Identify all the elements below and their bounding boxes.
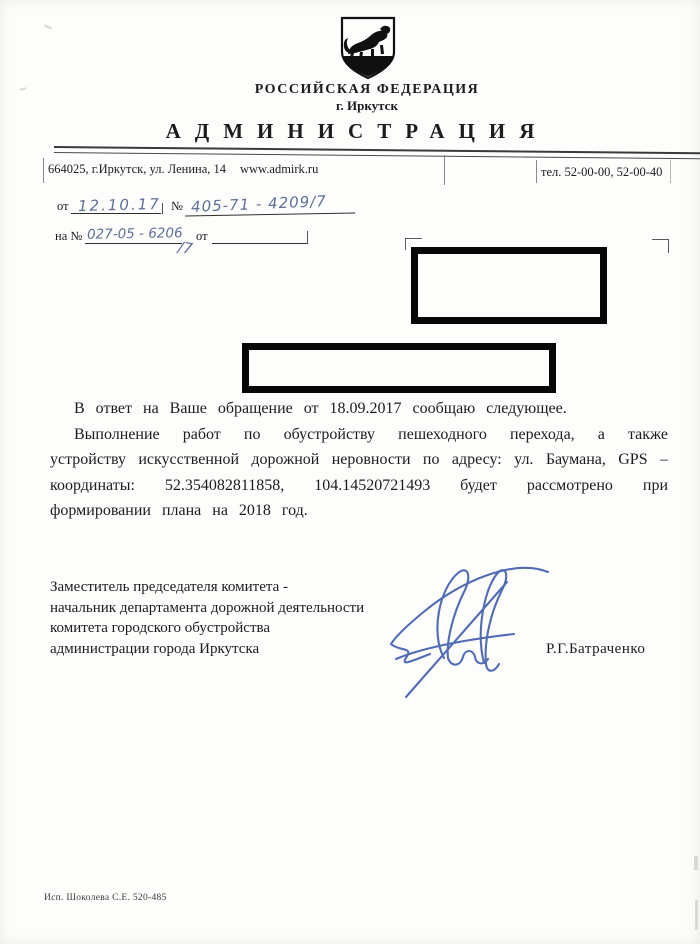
coat-of-arms-icon bbox=[336, 16, 400, 82]
ref-reply-date-field bbox=[212, 226, 308, 244]
crop-mark-top-right bbox=[652, 239, 669, 253]
letterhead-city: г. Иркутск bbox=[200, 98, 534, 114]
letterhead-double-rule bbox=[54, 146, 700, 159]
scan-smudge bbox=[20, 87, 26, 90]
ref-reply-from-label: от bbox=[196, 229, 208, 244]
address-left-tick bbox=[43, 158, 44, 183]
ref-date-value: 12.10.17 bbox=[78, 195, 161, 215]
phone-right-tick bbox=[670, 160, 671, 183]
ref-in-reply-value: 027-05 - 6206 bbox=[87, 225, 183, 243]
letterhead-address: 664025, г.Иркутск, ул. Ленина, 14 bbox=[48, 162, 226, 176]
phone-left-tick bbox=[536, 160, 537, 183]
letter-paragraph-1: В ответ на Ваше обращение от 18.09.2017 … bbox=[50, 396, 668, 422]
scan-smudge bbox=[695, 900, 698, 930]
letterhead-country: РОССИЙСКАЯ ФЕДЕРАЦИЯ bbox=[200, 82, 534, 98]
letterhead-website: www.admirk.ru bbox=[240, 162, 318, 176]
redaction-box-salutation bbox=[242, 343, 556, 393]
scanned-letter-page: РОССИЙСКАЯ ФЕДЕРАЦИЯ г. Иркутск АДМИНИСТ… bbox=[0, 0, 700, 944]
letter-paragraph-2: Выполнение работ по обустройству пешеход… bbox=[50, 422, 668, 524]
handwritten-signature bbox=[386, 560, 554, 702]
ref-number-label: № bbox=[171, 199, 183, 214]
address-divider-tick bbox=[444, 155, 445, 185]
coat-of-arms-irkutsk bbox=[336, 16, 400, 82]
signatory-name: Р.Г.Батраченко bbox=[546, 641, 645, 658]
scan-smudge bbox=[694, 856, 698, 870]
redaction-box-addressee bbox=[411, 247, 607, 324]
ref-from-label: от bbox=[57, 199, 69, 214]
letterhead-phone: тел. 52-00-00, 52-00-40 bbox=[541, 165, 662, 180]
ref-in-reply-label: на № bbox=[55, 229, 82, 244]
signature-scrawl-icon bbox=[386, 560, 554, 702]
ref-reply-field-tick bbox=[307, 231, 308, 244]
letterhead-administration-title: АДМИНИСТРАЦИЯ bbox=[0, 119, 700, 144]
letterhead-address-row: 664025, г.Иркутск, ул. Ленина, 14www.adm… bbox=[48, 162, 318, 177]
executor-note: Исп. Шоколева С.Е. 520-485 bbox=[44, 893, 167, 903]
letter-body: В ответ на Ваше обращение от 18.09.2017 … bbox=[50, 396, 668, 524]
scan-smudge bbox=[44, 24, 52, 29]
ref-date-field-tick bbox=[162, 203, 163, 214]
ref-in-reply-suffix: /7 bbox=[177, 238, 194, 258]
